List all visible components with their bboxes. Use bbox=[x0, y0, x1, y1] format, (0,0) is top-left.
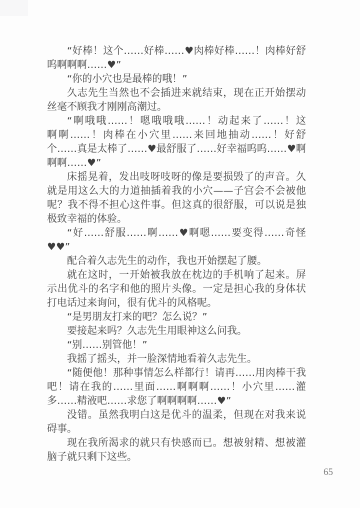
text-line: 呜啊啊啊……♥” bbox=[47, 59, 306, 73]
text-line: “是男朋友打来的吧？怎么说？” bbox=[47, 311, 306, 325]
text-line: 多……精液吧……求您了啊啊啊啊……♥” bbox=[47, 395, 306, 409]
text-line: 现在我所渴求的就只有快感而已。想被射精、想被灌满，满 bbox=[47, 437, 306, 451]
text-line: 丝毫不顾我才刚刚高潮过。 bbox=[47, 101, 306, 115]
text-line: 就是用这么大的力道抽插着我的小穴——子宫会不会被他顶坏 bbox=[47, 185, 306, 199]
text-line: “好棒！这个……好棒……♥肉棒好棒……！肉棒好舒服呜 bbox=[47, 45, 306, 59]
text-line: 就在这时，一开始被我放在枕边的手机响了起来。屏幕上显 bbox=[47, 269, 306, 283]
text-line: 啊啊……♥” bbox=[47, 157, 306, 171]
corner-scan-mark bbox=[0, 0, 28, 16]
text-line: 久志先生当然也不会插进来就结束，现在正开始摆动着腰。 bbox=[47, 87, 306, 101]
book-page: “好棒！这个……好棒……♥肉棒好棒……！肉棒好舒服呜 呜啊啊啊……♥” “你的小… bbox=[0, 0, 360, 508]
text-line: “随便他！那种事情怎么样都行！请再……用肉棒干我 bbox=[47, 367, 306, 381]
text-line: 啊啊……！肉棒在小穴里……来回地抽动……！好舒服……！这 bbox=[47, 129, 306, 143]
text-line: 打电话过来询问，很有优斗的风格呢。 bbox=[47, 297, 306, 311]
text-line: 示出优斗的名字和他的照片头像。一定是担心我的身体状况所以 bbox=[47, 283, 306, 297]
text-line: “你的小穴也是最棒的哦！” bbox=[47, 73, 306, 87]
text-line: 吧！请在我的……里面……啊啊啊……！小穴里……灌入……许 bbox=[47, 381, 306, 395]
text-line: 配合着久志先生的动作，我也开始摆起了腰。 bbox=[47, 255, 306, 269]
text-line: 没错。虽然我明白这是优斗的温柔，但现在对我来说却十分 bbox=[47, 409, 306, 423]
body-text: “好棒！这个……好棒……♥肉棒好棒……！肉棒好舒服呜 呜啊啊啊……♥” “你的小… bbox=[47, 45, 306, 465]
text-line: 碍事。 bbox=[47, 423, 306, 437]
text-line: ♥♥” bbox=[47, 241, 306, 255]
text-line: “啊哦哦……！嗯哦哦哦……！动起来了……！这样……啊 bbox=[47, 115, 306, 129]
text-line: 脑子就只剩下这些。 bbox=[47, 451, 306, 465]
page-number: 65 bbox=[324, 467, 334, 479]
text-line: 要接起来吗？久志先生用眼神这么问我。 bbox=[47, 325, 306, 339]
text-line: “别……别管他！” bbox=[47, 339, 306, 353]
text-line: 床摇晃着，发出吱呀吱呀的像是要损毁了的声音。久志先生 bbox=[47, 171, 306, 185]
text-line: 呢？我不得不担心这件事。但这真的很舒服，可以说是独一无二、 bbox=[47, 199, 306, 213]
text-line: 极致幸福的体验。 bbox=[47, 213, 306, 227]
text-line: 个……真是太棒了……♥最舒服了……好幸福呜呜……♥啊啊啊 bbox=[47, 143, 306, 157]
text-line: 我摇了摇头，并一脸深情地看着久志先生。 bbox=[47, 353, 306, 367]
text-line: “好……舒服……啊……♥啊嗯……要变得……奇怪了…… bbox=[47, 227, 306, 241]
